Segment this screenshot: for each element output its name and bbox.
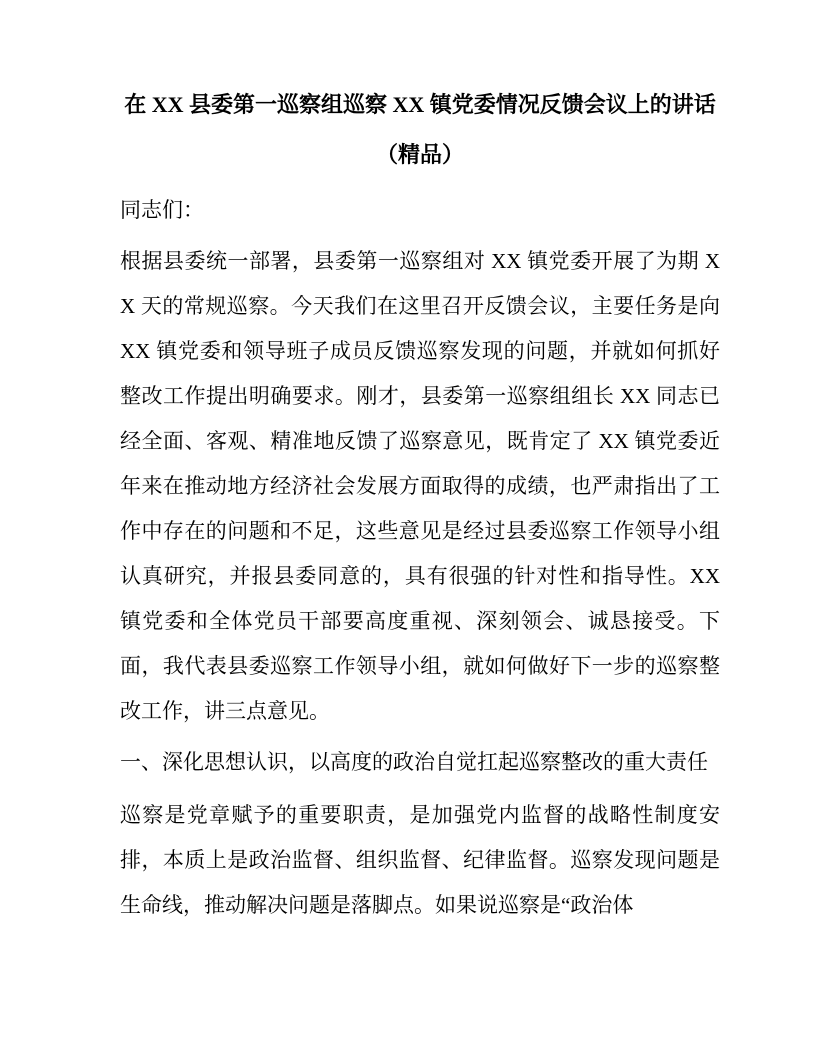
section-heading-one: 一、深化思想认识，以高度的政治自觉扛起巡察整改的重大责任 bbox=[120, 740, 720, 785]
salutation-line: 同志们： bbox=[120, 188, 720, 233]
document-page: 在 XX 县委第一巡察组巡察 XX 镇党委情况反馈会议上的讲话 （精品） 同志们… bbox=[0, 0, 816, 1056]
document-title-line1: 在 XX 县委第一巡察组巡察 XX 镇党委情况反馈会议上的讲话 bbox=[120, 80, 720, 130]
intro-paragraph: 根据县委统一部署，县委第一巡察组对 XX 镇党委开展了为期 XX 天的常规巡察。… bbox=[120, 239, 720, 734]
section-one-paragraph: 巡察是党章赋予的重要职责，是加强党内监督的战略性制度安排，本质上是政治监督、组织… bbox=[120, 793, 720, 928]
document-title-line2: （精品） bbox=[120, 130, 720, 180]
document-title: 在 XX 县委第一巡察组巡察 XX 镇党委情况反馈会议上的讲话 （精品） bbox=[120, 80, 720, 180]
